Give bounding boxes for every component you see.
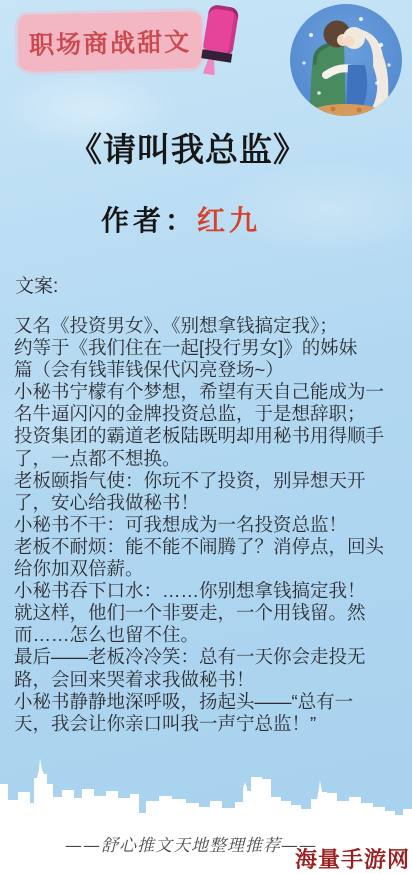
synopsis-label: 文案:	[15, 271, 58, 298]
promo-card: 职场商战甜文	[0, 0, 412, 874]
author-line: 作者：红九	[0, 199, 362, 239]
marker-tip	[203, 59, 217, 76]
highlighter-marker-icon	[194, 1, 247, 83]
author-label: 作者：	[101, 205, 197, 236]
category-badge-label: 职场商战甜文	[29, 22, 192, 61]
avatar-couple-illustration-icon	[289, 3, 403, 117]
marker-body	[203, 4, 240, 54]
book-title: 《请叫我总监》	[0, 124, 376, 171]
synopsis-text: 又名《投资男女》、《别想拿钱搞定我》； 约等于《我们住在一起[投行男女]》的姊妹…	[14, 315, 402, 735]
author-name: 红九	[197, 205, 261, 236]
watermark: 海量手游网	[295, 843, 410, 874]
category-badge: 职场商战甜文	[17, 11, 202, 72]
